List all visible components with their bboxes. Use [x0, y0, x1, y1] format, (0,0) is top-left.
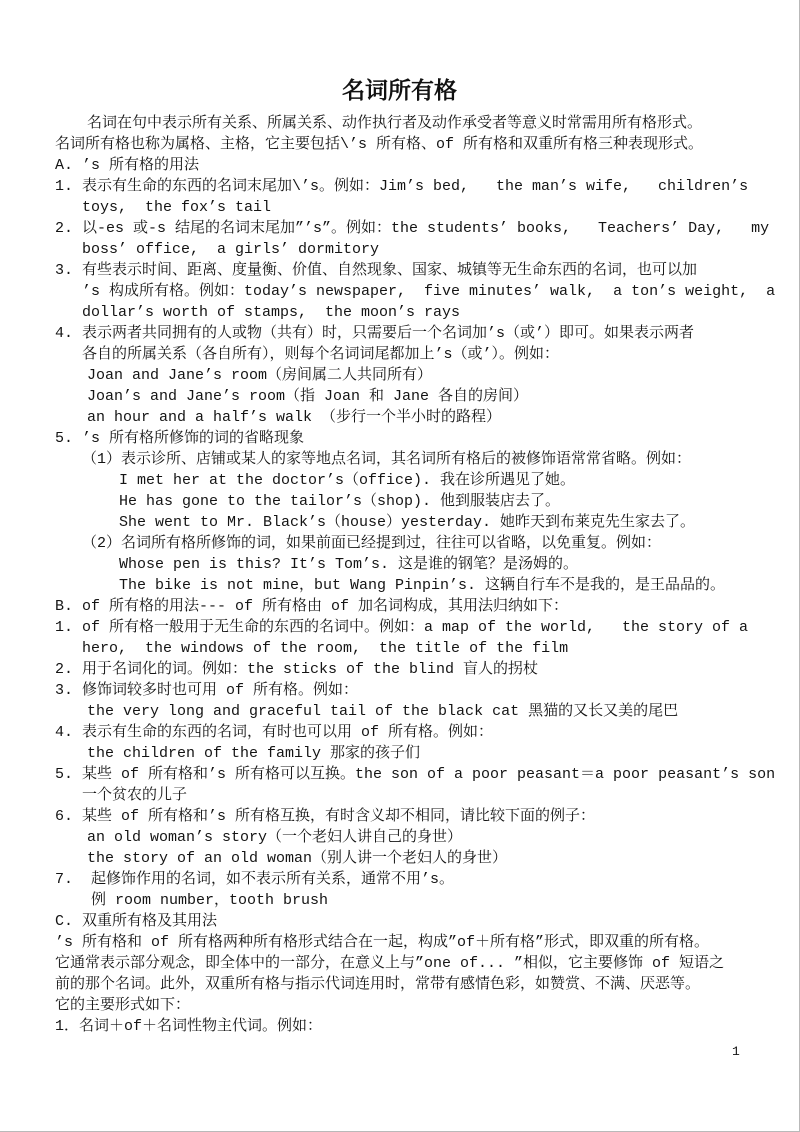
text-line: （1）表示诊所、店铺或某人的家等地点名词，其名词所有格后的被修饰语常常省略。例如…: [55, 449, 767, 470]
text-line: ’s 所有格和 of 所有格两种所有格形式结合在一起，构成”of＋所有格”形式，…: [55, 932, 767, 953]
text-line: He has gone to the tailor’s（shop). 他到服装店…: [55, 491, 767, 512]
text-line: 6. 某些 of 所有格和’s 所有格互换，有时含义却不相同，请比较下面的例子：: [55, 806, 767, 827]
text-line: 前的那个名词。此外，双重所有格与指示代词连用时，常带有感情色彩，如赞赏、不满、厌…: [55, 974, 767, 995]
document-page: 名词所有格 名词在句中表示所有关系、所属关系、动作执行者及动作承受者等意义时常需…: [0, 0, 800, 1132]
text-line: hero, the windows of the room, the title…: [55, 638, 767, 659]
text-line: toys, the fox’s tail: [55, 197, 767, 218]
text-line: 1. 表示有生命的东西的名词末尾加\’s。例如：Jim’s bed, the m…: [55, 176, 767, 197]
text-line: 各自的所属关系（各自所有），则每个名词词尾都加上’s（或’）。例如：: [55, 344, 767, 365]
text-line: 5. 某些 of 所有格和’s 所有格可以互换。the son of a poo…: [55, 764, 767, 785]
text-line: 名词在句中表示所有关系、所属关系、动作执行者及动作承受者等意义时常需用所有格形式…: [55, 113, 767, 134]
text-line: 1．名词＋of＋名词性物主代词。例如：: [55, 1016, 767, 1037]
text-line: Joan and Jane’s room（房间属二人共同所有）: [55, 365, 767, 386]
text-line: 1. of 所有格一般用于无生命的东西的名词中。例如：a map of the …: [55, 617, 767, 638]
text-line: A. ’s 所有格的用法: [55, 155, 767, 176]
text-line: boss’ office, a girls’ dormitory: [55, 239, 767, 260]
text-line: 一个贫农的儿子: [55, 785, 767, 806]
text-line: B. of 所有格的用法--- of 所有格由 of 加名词构成，其用法归纳如下…: [55, 596, 767, 617]
text-line: I met her at the doctor’s（office). 我在诊所遇…: [55, 470, 767, 491]
text-line: C. 双重所有格及其用法: [55, 911, 767, 932]
text-line: dollar’s worth of stamps, the moon’s ray…: [55, 302, 767, 323]
text-line: 4. 表示两者共同拥有的人或物（共有）时，只需要后一个名词加’s（或’）即可。如…: [55, 323, 767, 344]
page-number: 1: [732, 1044, 740, 1060]
text-line: 它通常表示部分观念，即全体中的一部分，在意义上与”one of... ”相似，它…: [55, 953, 767, 974]
text-line: Joan’s and Jane’s room（指 Joan 和 Jane 各自的…: [55, 386, 767, 407]
text-line: 3. 有些表示时间、距离、度量衡、价值、自然现象、国家、城镇等无生命东西的名词，…: [55, 260, 767, 281]
text-line: She went to Mr. Black’s（house）yesterday.…: [55, 512, 767, 533]
text-line: the story of an old woman（别人讲一个老妇人的身世）: [55, 848, 767, 869]
document-body: 名词在句中表示所有关系、所属关系、动作执行者及动作承受者等意义时常需用所有格形式…: [55, 113, 767, 1037]
text-line: the children of the family 那家的孩子们: [55, 743, 767, 764]
page-title: 名词所有格: [0, 72, 799, 105]
text-line: 4. 表示有生命的东西的名词，有时也可以用 of 所有格。例如：: [55, 722, 767, 743]
text-line: 7. 起修饰作用的名词，如不表示所有关系，通常不用’s。: [55, 869, 767, 890]
text-line: 例 room number，tooth brush: [55, 890, 767, 911]
text-line: an hour and a half’s walk （步行一个半小时的路程）: [55, 407, 767, 428]
text-line: 3. 修饰词较多时也可用 of 所有格。例如：: [55, 680, 767, 701]
text-line: （2）名词所有格所修饰的词，如果前面已经提到过，往往可以省略，以免重复。例如：: [55, 533, 767, 554]
text-line: 5. ’s 所有格所修饰的词的省略现象: [55, 428, 767, 449]
text-line: Whose pen is this? It’s Tom’s. 这是谁的钢笔？是汤…: [55, 554, 767, 575]
text-line: The bike is not mine，but Wang Pinpin’s. …: [55, 575, 767, 596]
text-line: 2. 以-es 或-s 结尾的名词末尾加”’s”。例如：the students…: [55, 218, 767, 239]
text-line: 2. 用于名词化的词。例如：the sticks of the blind 盲人…: [55, 659, 767, 680]
text-line: 名词所有格也称为属格、主格，它主要包括\’s 所有格、of 所有格和双重所有格三…: [55, 134, 767, 155]
text-line: 它的主要形式如下：: [55, 995, 767, 1016]
text-line: an old woman’s story（一个老妇人讲自己的身世）: [55, 827, 767, 848]
text-line: the very long and graceful tail of the b…: [55, 701, 767, 722]
text-line: ’s 构成所有格。例如：today’s newspaper, five minu…: [55, 281, 767, 302]
